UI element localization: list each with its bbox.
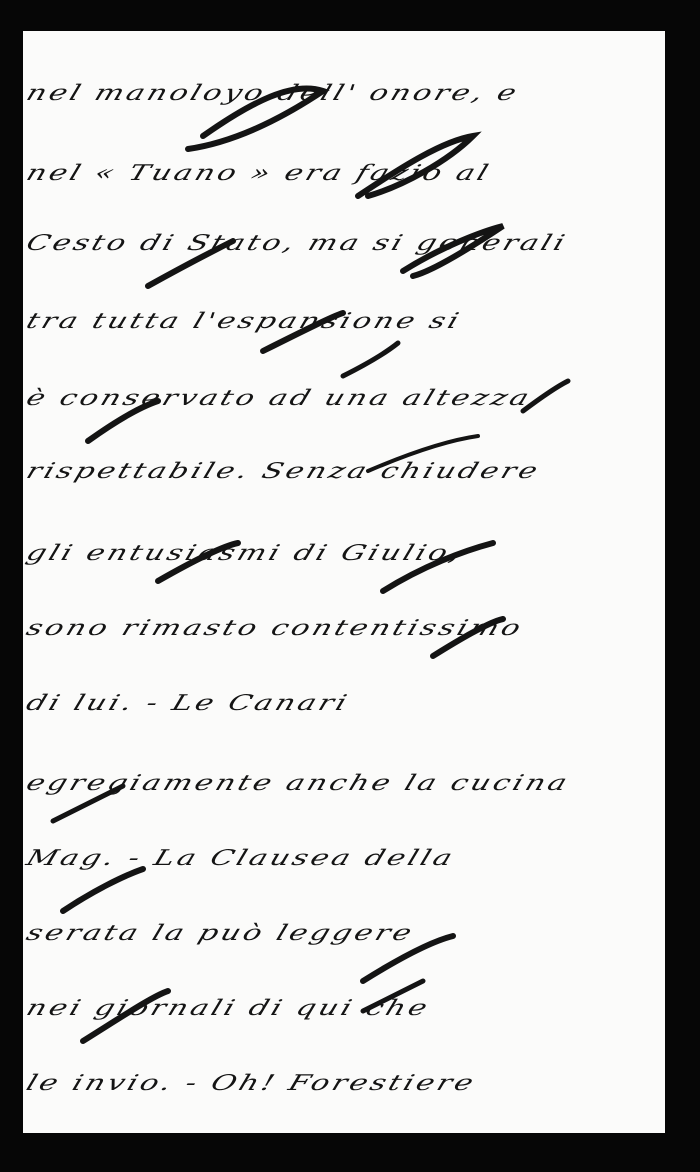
- text-line: serata la può leggere: [23, 921, 673, 946]
- text-line: tra tutta l'espansione si: [23, 309, 673, 334]
- text-line: di lui. - Le Canari: [23, 691, 673, 716]
- text-line: nel « Tuano » era fazio al: [23, 161, 673, 186]
- letter-page: nel manoloyo dell' onore, e nel « Tuano …: [23, 31, 665, 1133]
- text-line: Mag. - La Clausea della: [23, 846, 673, 871]
- ink-flourishes: [23, 31, 665, 1133]
- text-line: nei giornali di qui che: [23, 996, 673, 1021]
- text-line: le invio. - Oh! Forestiere: [23, 1071, 673, 1096]
- text-line: è conservato ad una altezza: [23, 386, 673, 411]
- text-line: nel manoloyo dell' onore, e: [23, 81, 673, 106]
- text-line: sono rimasto contentissimo: [23, 616, 673, 641]
- text-line: gli entusiasmi di Giulio,: [23, 541, 673, 566]
- text-line: egregiamente anche la cucina: [23, 771, 673, 796]
- text-line: rispettabile. Senza chiudere: [23, 459, 673, 484]
- text-line: Cesto di Stato, ma si generali: [23, 231, 673, 256]
